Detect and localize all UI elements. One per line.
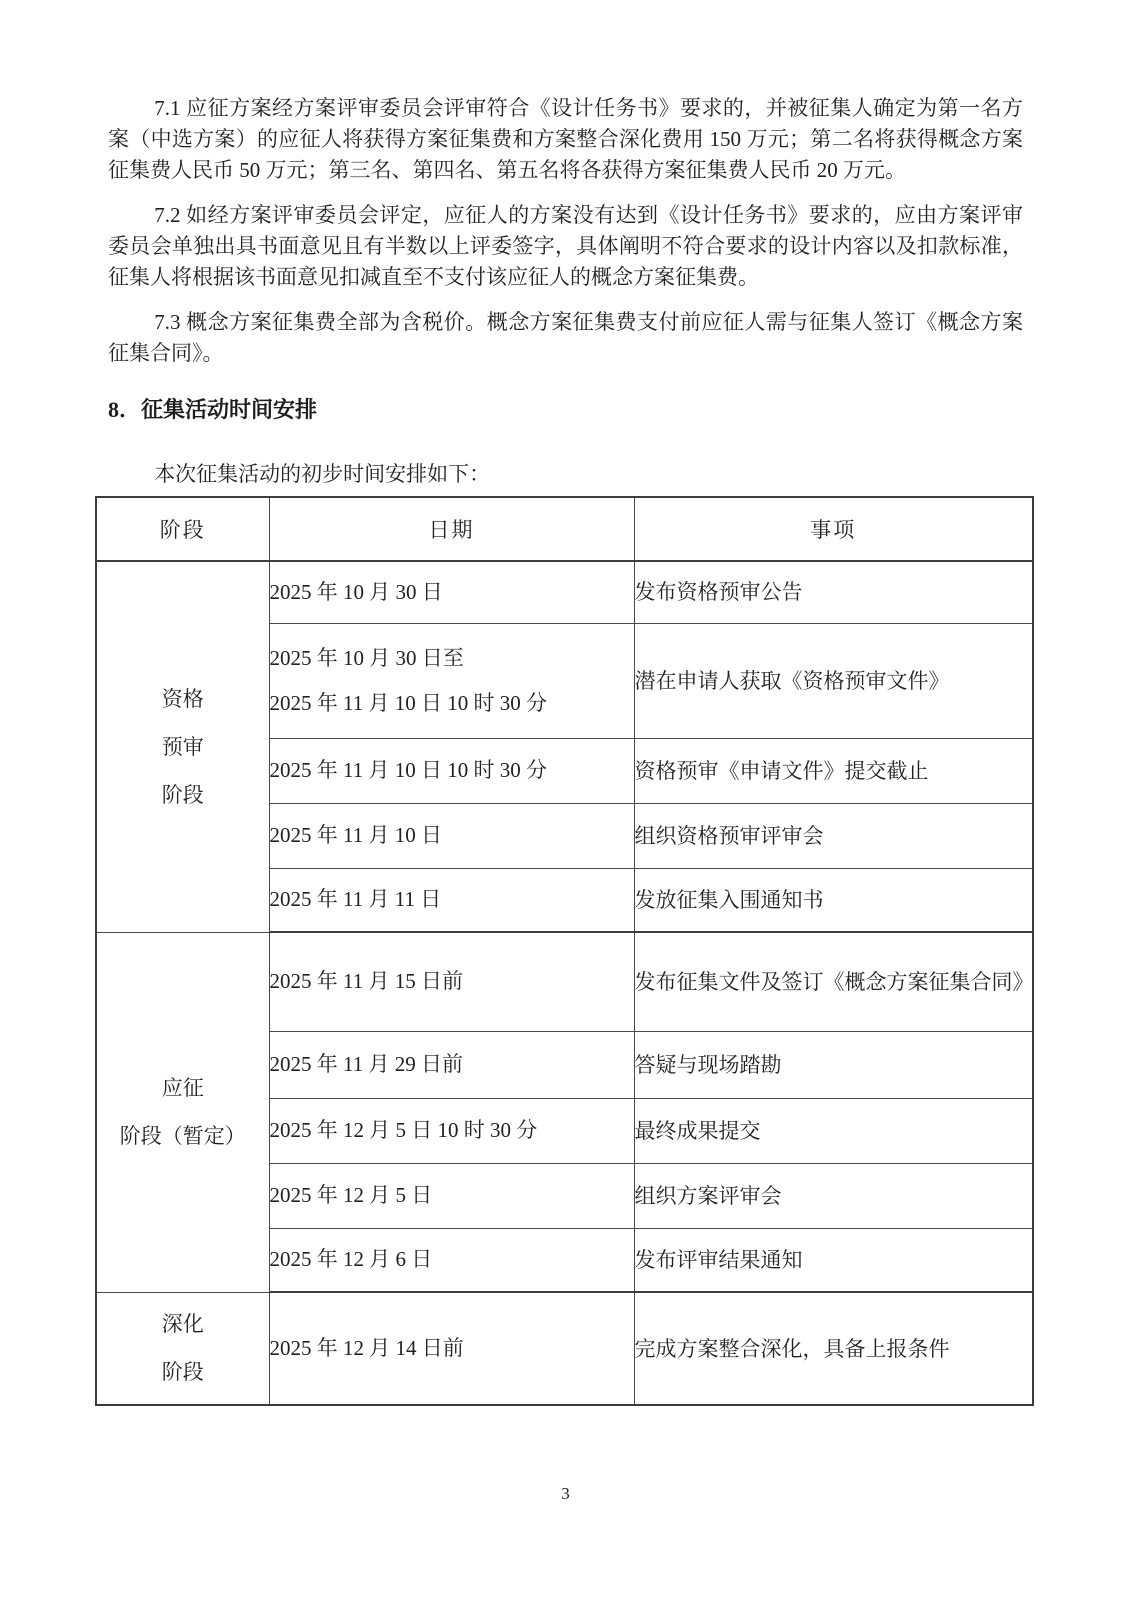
event-cell: 答疑与现场踏勘: [634, 1031, 1033, 1098]
phase-line: 预审: [97, 723, 269, 771]
page-number: 3: [0, 1484, 1131, 1504]
section-8-heading: 8．征集活动时间安排: [108, 395, 1032, 425]
date-cell: 2025 年 11 月 10 日: [269, 803, 634, 868]
phase-cell-solicitation: 应征 阶段（暂定）: [96, 932, 269, 1292]
schedule-intro-text: 本次征集活动的初步时间安排如下：: [108, 459, 1032, 490]
page-content: 7.1 应征方案经方案评审委员会评审符合《设计任务书》要求的，并被征集人确定为第…: [95, 93, 1032, 1406]
date-cell: 2025 年 12 月 5 日: [269, 1163, 634, 1228]
date-line: 2025 年 10 月 30 日至: [270, 643, 634, 674]
event-cell: 发放征集入围通知书: [634, 868, 1033, 932]
event-cell: 潜在申请人获取《资格预审文件》: [634, 623, 1033, 738]
date-line: 2025 年 11 月 10 日 10 时 30 分: [270, 688, 634, 719]
event-cell: 发布征集文件及签订《概念方案征集合同》: [634, 932, 1033, 1031]
phase-line: 阶段（暂定）: [97, 1112, 269, 1160]
schedule-table: 阶段 日期 事项 资格 预审 阶段 2025 年 10 月 30 日 发布资格预…: [95, 496, 1034, 1406]
table-header-phase: 阶段: [96, 497, 269, 561]
event-cell: 完成方案整合深化，具备上报条件: [634, 1292, 1033, 1405]
date-cell: 2025 年 11 月 29 日前: [269, 1031, 634, 1098]
body-text-block: 7.1 应征方案经方案评审委员会评审符合《设计任务书》要求的，并被征集人确定为第…: [108, 93, 1023, 369]
phase-line: 资格: [97, 675, 269, 723]
table-header-date: 日期: [269, 497, 634, 561]
phase-line: 阶段: [97, 771, 269, 819]
table-row: 资格 预审 阶段 2025 年 10 月 30 日 发布资格预审公告: [96, 561, 1033, 623]
date-cell: 2025 年 12 月 6 日: [269, 1228, 634, 1292]
paragraph-7-1: 7.1 应征方案经方案评审委员会评审符合《设计任务书》要求的，并被征集人确定为第…: [108, 93, 1023, 186]
date-cell: 2025 年 11 月 15 日前: [269, 932, 634, 1031]
event-cell: 组织资格预审评审会: [634, 803, 1033, 868]
document-page: 7.1 应征方案经方案评审委员会评审符合《设计任务书》要求的，并被征集人确定为第…: [0, 0, 1131, 1600]
date-cell: 2025 年 11 月 11 日: [269, 868, 634, 932]
phase-line: 深化: [97, 1300, 269, 1348]
date-cell: 2025 年 12 月 5 日 10 时 30 分: [269, 1098, 634, 1163]
phase-cell-deepening: 深化 阶段: [96, 1292, 269, 1405]
date-cell: 2025 年 10 月 30 日: [269, 561, 634, 623]
table-row: 应征 阶段（暂定） 2025 年 11 月 15 日前 发布征集文件及签订《概念…: [96, 932, 1033, 1031]
date-cell: 2025 年 11 月 10 日 10 时 30 分: [269, 738, 634, 803]
event-cell: 最终成果提交: [634, 1098, 1033, 1163]
event-cell: 资格预审《申请文件》提交截止: [634, 738, 1033, 803]
phase-line: 阶段: [97, 1348, 269, 1396]
date-cell: 2025 年 10 月 30 日至 2025 年 11 月 10 日 10 时 …: [269, 623, 634, 738]
table-header-row: 阶段 日期 事项: [96, 497, 1033, 561]
table-header-event: 事项: [634, 497, 1033, 561]
paragraph-7-2: 7.2 如经方案评审委员会评定，应征人的方案没有达到《设计任务书》要求的，应由方…: [108, 200, 1023, 293]
event-cell: 组织方案评审会: [634, 1163, 1033, 1228]
phase-cell-prequalification: 资格 预审 阶段: [96, 561, 269, 932]
phase-line: 应征: [97, 1064, 269, 1112]
event-cell: 发布评审结果通知: [634, 1228, 1033, 1292]
date-cell: 2025 年 12 月 14 日前: [269, 1292, 634, 1405]
event-cell: 发布资格预审公告: [634, 561, 1033, 623]
table-row: 深化 阶段 2025 年 12 月 14 日前 完成方案整合深化，具备上报条件: [96, 1292, 1033, 1405]
paragraph-7-3: 7.3 概念方案征集费全部为含税价。概念方案征集费支付前应征人需与征集人签订《概…: [108, 307, 1023, 369]
